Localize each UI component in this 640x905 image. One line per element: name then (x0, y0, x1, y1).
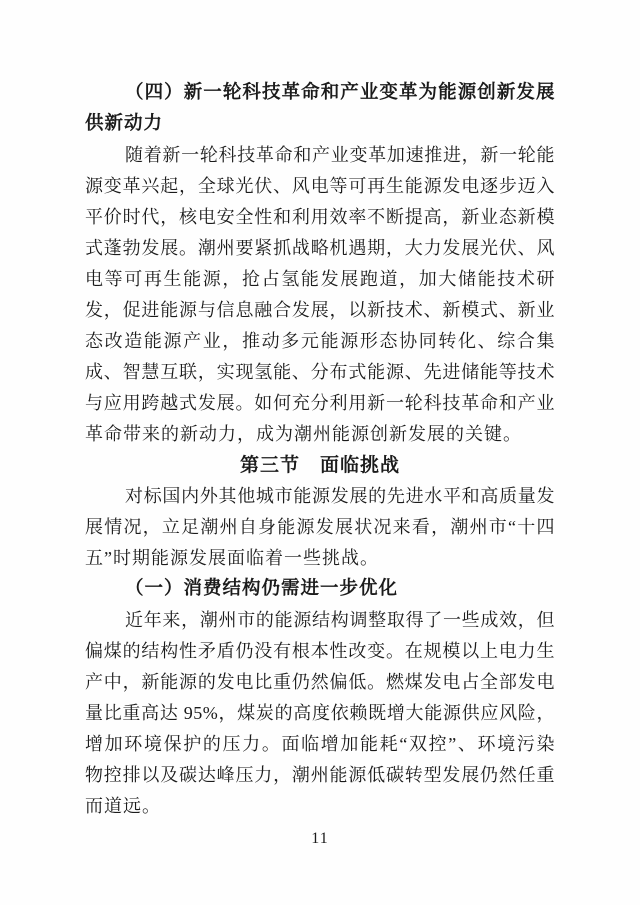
heading-line: 供新动力 (85, 109, 555, 140)
clause-heading-1: （一）消费结构仍需进一步优化 (85, 574, 555, 605)
paragraph-line: 发，促进能源与信息融合发展，以新技术、新模式、新业 (85, 295, 555, 326)
paragraph-line: 产中，新能源的发电比重仍然偏低。燃煤发电占全部发电 (85, 667, 555, 698)
sub-heading-line: （一）消费结构仍需进一步优化 (85, 574, 555, 605)
document-content: （四）新一轮科技革命和产业变革为能源创新发展提供新动力随着新一轮科技革命和产业变… (85, 78, 555, 822)
section-3-title: 第三节 面临挑战 (85, 450, 555, 481)
paragraph-line: 近年来，潮州市的能源结构调整取得了一些成效，但 (85, 605, 555, 636)
paragraph-line: 革命带来的新动力，成为潮州能源创新发展的关键。 (85, 419, 555, 450)
clause-heading-4: （四）新一轮科技革命和产业变革为能源创新发展提供新动力 (85, 78, 555, 140)
paragraph-line: 量比重高达 95%，煤炭的高度依赖既增大能源供应风险，也 (85, 698, 555, 729)
page-number: 11 (0, 828, 640, 850)
body-paragraph-1: 随着新一轮科技革命和产业变革加速推进，新一轮能源变革兴起，全球光伏、风电等可再生… (85, 140, 555, 450)
paragraph-line: 增加环境保护的压力。面临增加能耗“双控”、环境污染 (85, 729, 555, 760)
paragraph-line: 态改造能源产业，推动多元能源形态协同转化、综合集 (85, 326, 555, 357)
document-page: （四）新一轮科技革命和产业变革为能源创新发展提供新动力随着新一轮科技革命和产业变… (0, 0, 640, 905)
paragraph-line: 展情况，立足潮州自身能源发展状况来看，潮州市“十四 (85, 512, 555, 543)
paragraph-line: 成、智慧互联，实现氢能、分布式能源、先进储能等技术 (85, 357, 555, 388)
paragraph-line: 电等可再生能源，抢占氢能发展跑道，加大储能技术研 (85, 264, 555, 295)
body-paragraph-2: 对标国内外其他城市能源发展的先进水平和高质量发展情况，立足潮州自身能源发展状况来… (85, 481, 555, 574)
paragraph-line: 而道远。 (85, 791, 555, 822)
paragraph-line: 源变革兴起，全球光伏、风电等可再生能源发电逐步迈入 (85, 171, 555, 202)
heading-line: （四）新一轮科技革命和产业变革为能源创新发展提 (85, 78, 555, 109)
paragraph-line: 式蓬勃发展。潮州要紧抓战略机遇期，大力发展光伏、风 (85, 233, 555, 264)
paragraph-line: 物控排以及碳达峰压力，潮州能源低碳转型发展仍然任重 (85, 760, 555, 791)
paragraph-line: 五”时期能源发展面临着一些挑战。 (85, 543, 555, 574)
paragraph-line: 随着新一轮科技革命和产业变革加速推进，新一轮能 (85, 140, 555, 171)
paragraph-line: 与应用跨越式发展。如何充分利用新一轮科技革命和产业 (85, 388, 555, 419)
paragraph-line: 偏煤的结构性矛盾仍没有根本性改变。在规模以上电力生 (85, 636, 555, 667)
paragraph-line: 对标国内外其他城市能源发展的先进水平和高质量发 (85, 481, 555, 512)
paragraph-line: 平价时代，核电安全性和利用效率不断提高，新业态新模 (85, 202, 555, 233)
section-title-line: 第三节 面临挑战 (85, 450, 555, 481)
body-paragraph-3: 近年来，潮州市的能源结构调整取得了一些成效，但偏煤的结构性矛盾仍没有根本性改变。… (85, 605, 555, 822)
